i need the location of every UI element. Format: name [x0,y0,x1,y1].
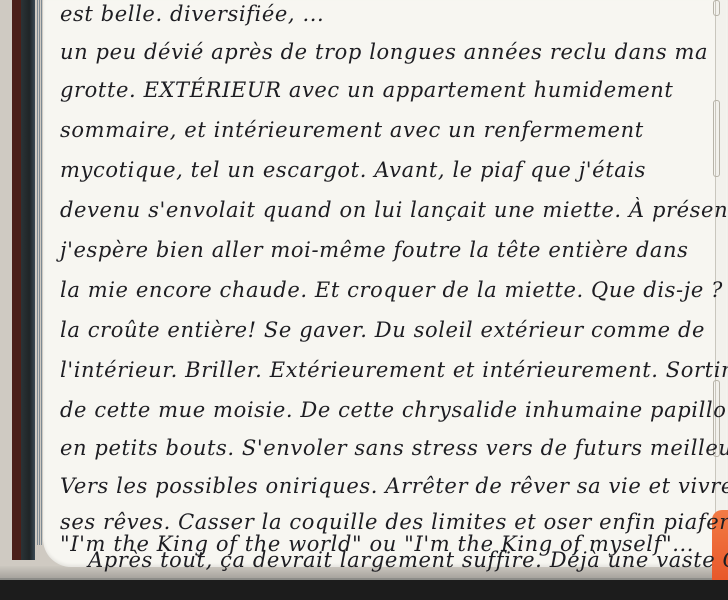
handwritten-line: Après tout, ça devrait largement suffire… [88,548,728,572]
handwritten-line: la mie encore chaude. Et croquer de la m… [60,278,728,302]
page-edge-line [37,0,38,545]
handwritten-line: en petits bouts. S'envoler sans stress v… [60,436,728,460]
handwritten-line: de cette mue moisie. De cette chrysalide… [60,398,728,422]
handwritten-line: grotte. EXTÉRIEUR avec un appartement hu… [60,78,673,102]
handwritten-line: est belle. diversifiée, ... [60,2,324,26]
handwritten-line: devenu s'envolait quand on lui lançait u… [60,198,728,222]
notebook-binding-dark [21,0,35,560]
handwritten-line: sommaire, et intérieurement avec un renf… [60,118,644,142]
notebook-bottom-cover [0,578,728,600]
handwritten-line: l'intérieur. Briller. Extérieurement et … [60,358,728,382]
page-edge-mark [713,100,720,177]
page-edge-line [39,0,40,545]
handwritten-line: mycotique, tel un escargot. Avant, le pi… [60,158,646,182]
handwritten-line: Vers les possibles oniriques. Arrêter de… [60,474,728,498]
handwritten-line: un peu dévié après de trop longues année… [60,40,708,64]
handwritten-line: j'espère bien aller moi-même foutre la t… [60,238,689,262]
notebook-binding-brown [12,0,21,560]
page-edge-line [41,0,42,545]
handwritten-line: ses rêves. Casser la coquille des limite… [60,510,728,534]
page-edge-mark [713,0,720,16]
handwritten-line: la croûte entière! Se gaver. Du soleil e… [60,318,705,342]
